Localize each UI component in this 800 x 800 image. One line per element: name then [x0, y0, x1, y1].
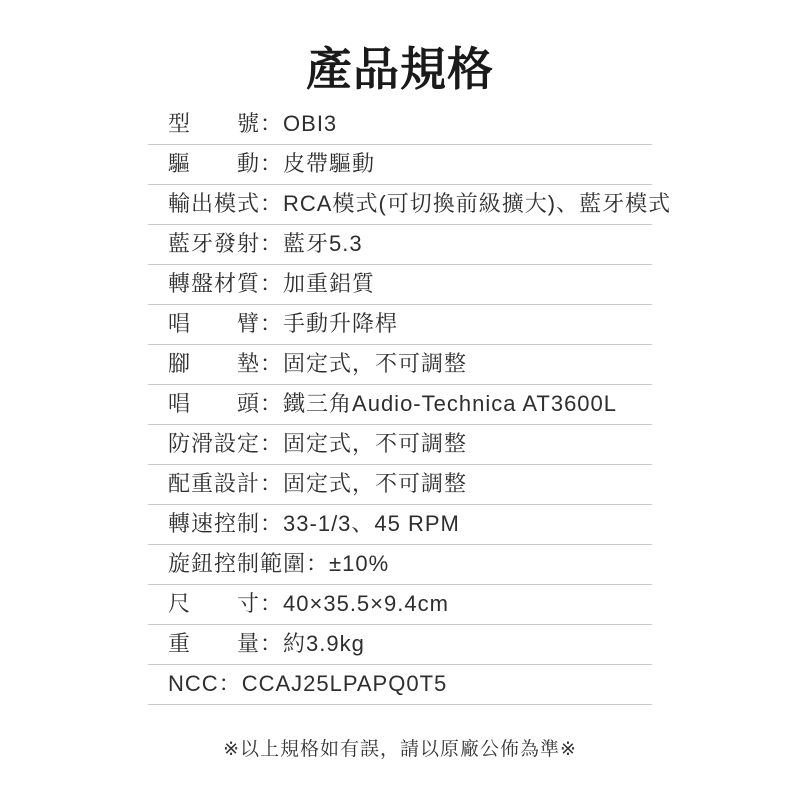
spec-row: 型 號：OBI3 [148, 105, 652, 145]
spec-row: 藍牙發射：藍牙5.3 [148, 225, 652, 265]
spec-row: 唱 臂：手動升降桿 [148, 305, 652, 345]
spec-colon: ： [260, 191, 283, 216]
spec-value: 手動升降桿 [283, 311, 398, 336]
spec-value: 約3.9kg [283, 631, 365, 656]
spec-colon: ： [260, 431, 283, 456]
spec-label: 腳 墊 [168, 351, 260, 376]
spec-value: 40×35.5×9.4cm [283, 591, 449, 616]
spec-colon: ： [260, 231, 283, 256]
spec-value: 加重鋁質 [283, 271, 375, 296]
spec-row: 轉速控制：33-1/3、45 RPM [148, 505, 652, 545]
spec-colon: ： [260, 391, 283, 416]
spec-row: 旋鈕控制範圍：±10% [148, 545, 652, 585]
spec-row: 重 量：約3.9kg [148, 625, 652, 665]
spec-row: 轉盤材質：加重鋁質 [148, 265, 652, 305]
spec-label: 配重設計 [168, 471, 260, 496]
spec-row: 驅 動：皮帶驅動 [148, 145, 652, 185]
spec-row: 配重設計：固定式，不可調整 [148, 465, 652, 505]
spec-colon: ： [260, 271, 283, 296]
spec-colon: ： [260, 471, 283, 496]
spec-row: NCC：CCAJ25LPAPQ0T5 [148, 665, 652, 705]
spec-colon: ： [260, 511, 283, 536]
spec-label: 藍牙發射 [168, 231, 260, 256]
spec-label: 重 量 [168, 631, 260, 656]
spec-row: 尺 寸：40×35.5×9.4cm [148, 585, 652, 625]
spec-value: 33-1/3、45 RPM [283, 511, 460, 536]
spec-table: 型 號：OBI3 驅 動：皮帶驅動 輸出模式：RCA模式(可切換前級擴大)、藍牙… [148, 105, 652, 705]
spec-value: 皮帶驅動 [283, 151, 375, 176]
spec-value: ±10% [329, 551, 389, 576]
spec-colon: ： [260, 151, 283, 176]
spec-colon: ： [260, 111, 283, 136]
spec-row: 唱 頭：鐵三角Audio-Technica AT3600L [148, 385, 652, 425]
spec-row: 防滑設定：固定式，不可調整 [148, 425, 652, 465]
spec-value: OBI3 [283, 111, 337, 136]
spec-label: 唱 臂 [168, 311, 260, 336]
spec-value: 固定式，不可調整 [283, 351, 467, 376]
spec-label: 轉盤材質 [168, 271, 260, 296]
spec-label: 驅 動 [168, 151, 260, 176]
spec-colon: ： [260, 631, 283, 656]
spec-label: 尺 寸 [168, 591, 260, 616]
spec-label: 唱 頭 [168, 391, 260, 416]
spec-colon: ： [260, 351, 283, 376]
spec-label: 旋鈕控制範圍 [168, 551, 306, 576]
spec-value: CCAJ25LPAPQ0T5 [242, 671, 448, 696]
spec-value: 藍牙5.3 [283, 231, 363, 256]
spec-value: 固定式，不可調整 [283, 471, 467, 496]
spec-value: 固定式，不可調整 [283, 431, 467, 456]
spec-colon: ： [219, 671, 242, 696]
spec-value: RCA模式(可切換前級擴大)、藍牙模式 [283, 191, 671, 216]
spec-label: 防滑設定 [168, 431, 260, 456]
spec-colon: ： [260, 591, 283, 616]
footer-disclaimer: ※以上規格如有誤，請以原廠公佈為準※ [0, 734, 800, 761]
spec-colon: ： [260, 311, 283, 336]
spec-label: 轉速控制 [168, 511, 260, 536]
spec-row: 腳 墊：固定式，不可調整 [148, 345, 652, 385]
spec-value: 鐵三角Audio-Technica AT3600L [283, 391, 617, 416]
spec-label: NCC [168, 671, 219, 696]
spec-label: 輸出模式 [168, 191, 260, 216]
spec-row: 輸出模式：RCA模式(可切換前級擴大)、藍牙模式 [148, 185, 652, 225]
spec-colon: ： [306, 551, 329, 576]
page-title: 產品規格 [0, 44, 800, 95]
spec-sheet-page: 產品規格 型 號：OBI3 驅 動：皮帶驅動 輸出模式：RCA模式(可切換前級擴… [0, 0, 800, 800]
spec-label: 型 號 [168, 111, 260, 136]
